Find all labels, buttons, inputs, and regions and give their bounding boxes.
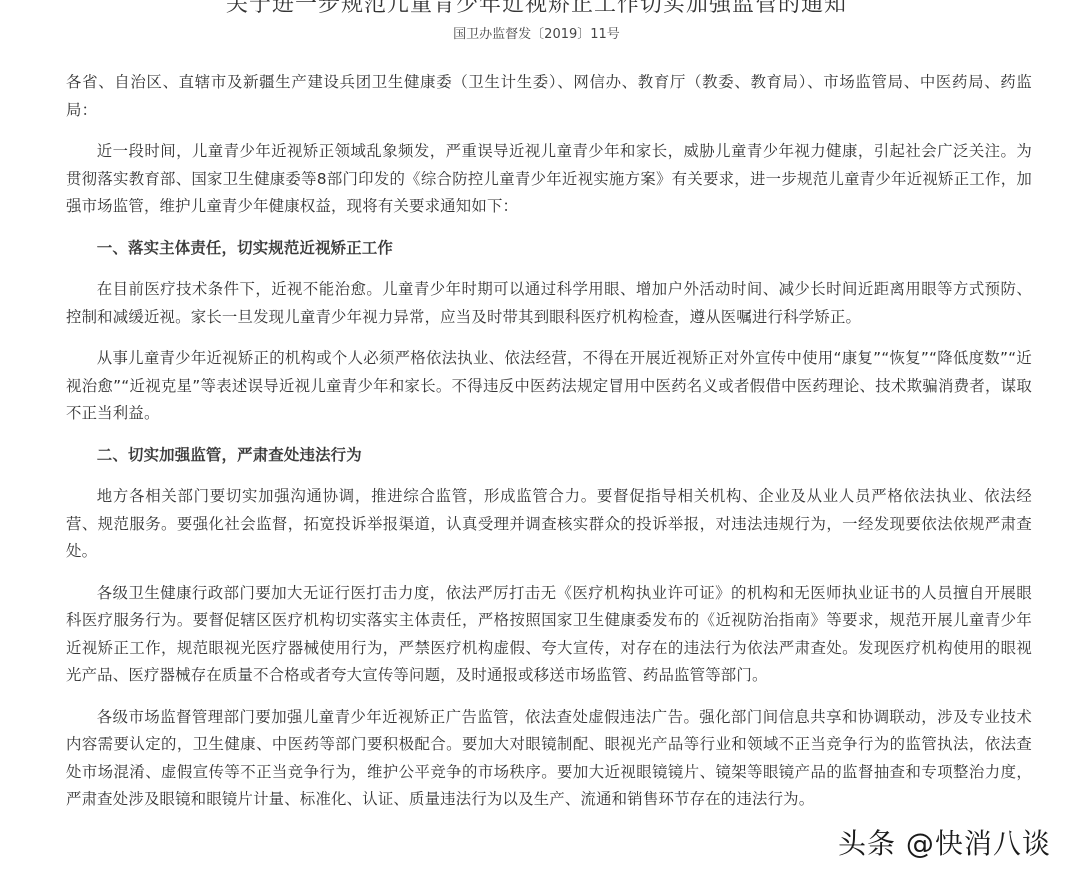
document-title: 关于进一步规范儿童青少年近视矫正工作切实加强监管的通知 [0,0,1073,20]
paragraph: 地方各相关部门要切实加强沟通协调，推进综合监管，形成监管合力。要督促指导相关机构… [66,483,1032,566]
paragraph: 各级卫生健康行政部门要加大无证行医打击力度，依法严厉打击无《医疗机构执业许可证》… [66,580,1032,690]
addressee: 各省、自治区、直辖市及新疆生产建设兵团卫生健康委（卫生计生委）、网信办、教育厅（… [66,69,1032,124]
section-heading-2: 二、切实加强监管，严肃查处违法行为 [66,442,1032,470]
intro-paragraph: 近一段时间，儿童青少年近视矫正领域乱象频发，严重误导近视儿童青少年和家长，威胁儿… [66,138,1032,221]
paragraph: 各级市场监督管理部门要加强儿童青少年近视矫正广告监管，依法查处虚假违法广告。强化… [66,704,1032,814]
paragraph: 从事儿童青少年近视矫正的机构或个人必须严格依法执业、依法经营，不得在开展近视矫正… [66,345,1032,428]
watermark: 头条 @快消八谈 [838,826,1051,862]
paragraph: 在目前医疗技术条件下，近视不能治愈。儿童青少年时期可以通过科学用眼、增加户外活动… [66,276,1032,331]
section-heading-1: 一、落实主体责任，切实规范近视矫正工作 [66,235,1032,263]
document-number: 国卫办监督发〔2019〕11号 [0,26,1073,44]
document-body: 各省、自治区、直辖市及新疆生产建设兵团卫生健康委（卫生计生委）、网信办、教育厅（… [66,69,1032,828]
